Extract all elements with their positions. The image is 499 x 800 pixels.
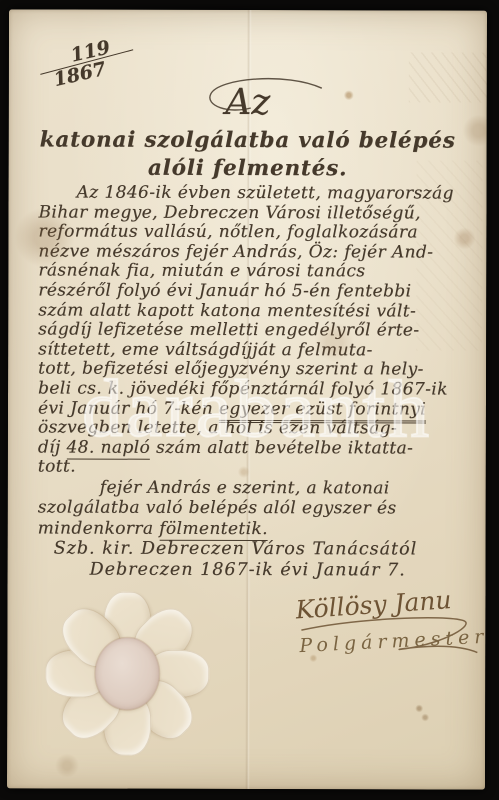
body-line: díj 48. napló szám alatt bevételbe iktat… bbox=[38, 438, 480, 459]
seal-center-oval bbox=[95, 638, 159, 710]
body-line: tott, befizetési előjegyzvény szerint a … bbox=[38, 360, 480, 381]
photo-background: 119 1867 Az katonai szolgálatba való bel… bbox=[0, 0, 499, 800]
body-line: síttetett, eme váltságdíjját a felmuta- bbox=[38, 340, 480, 361]
body-paragraph-2: fejér András e szerint, a katonai szolgá… bbox=[38, 477, 480, 580]
issuing-authority-line: Szb. kir. Debreczen Város Tanácsától bbox=[38, 539, 480, 561]
body-line: tott. bbox=[38, 458, 480, 479]
body-line: Az 1846-ik évben született, magyarország bbox=[39, 183, 481, 204]
body-line: évi Január hó 7-kén egyezer ezüst forint… bbox=[38, 399, 480, 420]
document-title-line1: katonai szolgálatba való belépés bbox=[9, 127, 487, 153]
heading-initial: Az bbox=[9, 81, 487, 123]
body-line: református vallású, nőtlen, foglalkozásá… bbox=[38, 223, 480, 244]
body-line: szolgálatba való belépés alól egyszer és bbox=[38, 498, 480, 520]
underlined-journal-number: 48. napló bbox=[66, 437, 150, 459]
body-paragraph-1: Az 1846-ik évben született, magyarország… bbox=[38, 183, 481, 478]
body-line: mindenkorra fölmentetik. bbox=[38, 518, 480, 540]
document-paper: 119 1867 Az katonai szolgálatba való bel… bbox=[7, 9, 487, 789]
body-line: ságdíj lefizetése melletti engedélyről é… bbox=[38, 321, 480, 342]
body-line: nézve mészáros fejér András, Öz: fejér A… bbox=[38, 242, 480, 263]
body-line: beli cs. k. jövedéki főpénztárnál folyó … bbox=[38, 379, 480, 400]
document-title-line2: alóli felmentés. bbox=[9, 155, 487, 181]
body-line: szám alatt kapott katona mentesítési vál… bbox=[38, 301, 480, 322]
embossed-paper-seal bbox=[37, 591, 217, 755]
body-line: részéről folyó évi Január hó 5-én fenteb… bbox=[38, 281, 480, 302]
underlined-exempted: fölmentetik. bbox=[159, 519, 268, 541]
body-line: Bihar megye, Debreczen Városi illetőségű… bbox=[38, 203, 480, 224]
body-line: rásnénak fia, miután e városi tanács bbox=[38, 262, 480, 283]
date-line: Debreczen 1867-ik évi Január 7. bbox=[38, 559, 480, 581]
body-line: fejér András e szerint, a katonai bbox=[38, 477, 480, 499]
